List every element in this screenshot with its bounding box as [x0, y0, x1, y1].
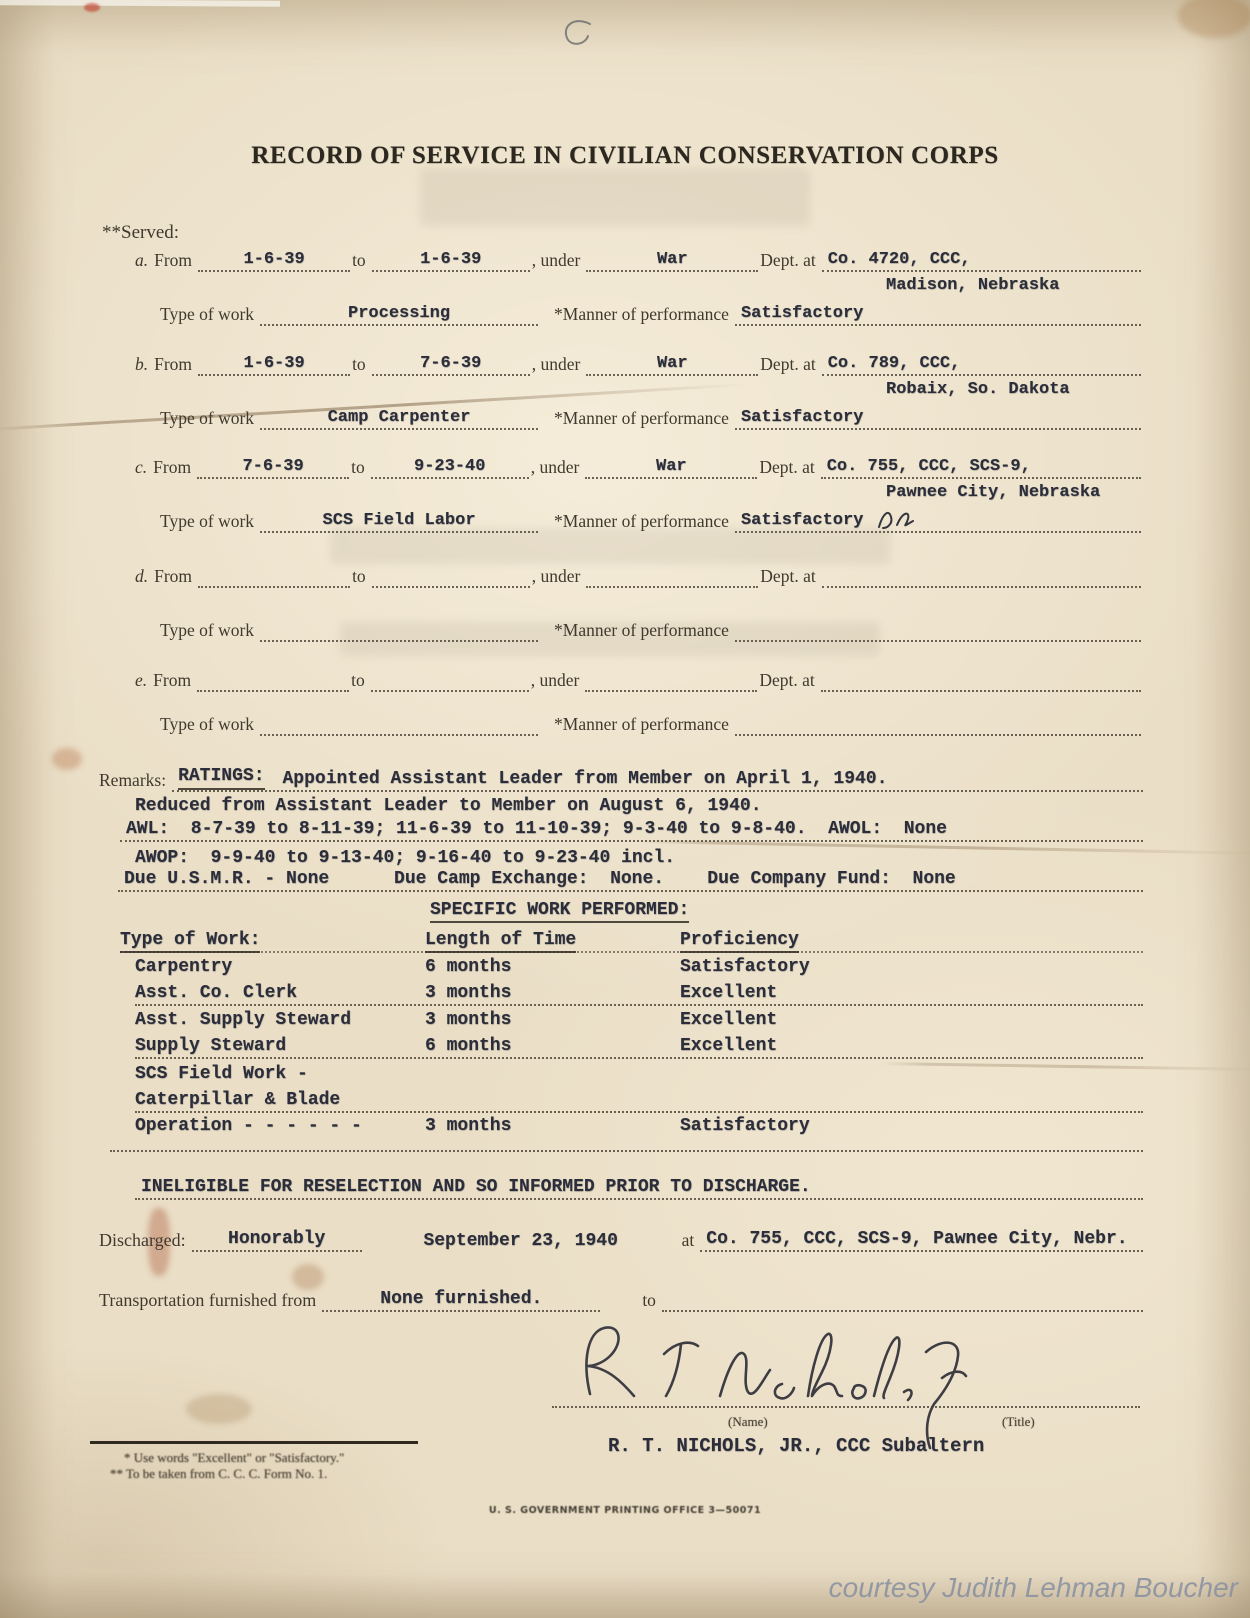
- to-label: to: [349, 457, 371, 479]
- type-of-work-label: Type of work: [158, 714, 260, 736]
- work-table-row: Carpentry 6 months Satisfactory: [135, 953, 1143, 978]
- remarks-label: Remarks:: [97, 770, 172, 792]
- service-row-e-main: e. From to , under Dept. at: [133, 668, 1141, 692]
- service-row-c-work: Type of work SCS Field Labor *Manner of …: [158, 509, 1141, 533]
- brown-stain: [186, 1394, 252, 1424]
- time-cell: 3 months: [425, 1010, 680, 1031]
- discharged-label: Discharged:: [97, 1230, 192, 1252]
- performance-value: Satisfactory: [741, 304, 863, 324]
- dept-value-line2: Pawnee City, Nebraska: [886, 483, 1100, 503]
- service-row-b-work: Type of work Camp Carpenter *Manner of p…: [158, 406, 1141, 430]
- dept-value-line2: Madison, Nebraska: [886, 276, 1059, 296]
- performance-value: Satisfactory: [741, 408, 863, 428]
- from-label: From: [152, 250, 198, 272]
- proficiency-cell: Excellent: [680, 1010, 1143, 1031]
- document-title: RECORD OF SERVICE IN CIVILIAN CONSERVATI…: [0, 142, 1250, 170]
- discharged-location: Co. 755, CCC, SCS-9, Pawnee City, Nebr.: [706, 1229, 1127, 1250]
- under-value: War: [657, 250, 688, 270]
- time-cell: 6 months: [425, 1036, 680, 1057]
- from-label: From: [152, 566, 198, 588]
- red-stain: [84, 3, 100, 12]
- handwritten-initials: [873, 507, 925, 531]
- work-cell: Caterpillar & Blade: [135, 1090, 425, 1111]
- work-table-row: Caterpillar & Blade: [135, 1086, 1143, 1113]
- time-cell: 6 months: [425, 957, 680, 978]
- torn-edge-highlight: [0, 0, 280, 7]
- under-label: , under: [530, 354, 587, 376]
- dept-value: Co. 4720, CCC,: [828, 250, 971, 270]
- discharged-date: September 23, 1940: [423, 1231, 617, 1252]
- rust-stain: [52, 748, 82, 770]
- work-value: Processing: [348, 304, 450, 324]
- work-cell: Supply Steward: [135, 1036, 425, 1057]
- from-value: 7-6-39: [242, 457, 303, 477]
- dept-at-label: Dept. at: [758, 250, 821, 272]
- row-letter: c.: [133, 457, 151, 479]
- work-cell: SCS Field Work -: [135, 1064, 425, 1085]
- from-label: From: [151, 670, 197, 692]
- dept-value-line2: Robaix, So. Dakota: [886, 380, 1070, 400]
- footnote-1: * Use words "Excellent" or "Satisfactory…: [124, 1450, 344, 1466]
- work-cell: Asst. Co. Clerk: [135, 983, 425, 1004]
- bleedthrough-text: [420, 168, 810, 226]
- work-table-row: Asst. Co. Clerk 3 months Excellent: [135, 979, 1143, 1006]
- gpo-print-line: U. S. GOVERNMENT PRINTING OFFICE 3—50071: [0, 1505, 1250, 1516]
- from-label: From: [152, 354, 198, 376]
- to-value: 1-6-39: [420, 250, 481, 270]
- service-row-a-main: a. From 1-6-39 to 1-6-39 , under War Dep…: [133, 248, 1141, 272]
- work-value: SCS Field Labor: [323, 511, 476, 531]
- row-letter: a.: [133, 250, 152, 272]
- service-row-c-main: c. From 7-6-39 to 9-23-40 , under War De…: [133, 455, 1141, 479]
- from-label: From: [151, 457, 197, 479]
- work-cell: Asst. Supply Steward: [135, 1010, 425, 1031]
- service-row-d-main: d. From to , under Dept. at: [133, 564, 1141, 588]
- bleedthrough-text: [330, 528, 890, 564]
- fold-crease: [640, 840, 1250, 855]
- work-table-title: SPECIFIC WORK PERFORMED:: [430, 900, 689, 921]
- at-label: at: [680, 1230, 701, 1252]
- ineligible-text: INELIGIBLE FOR RESELECTION AND SO INFORM…: [141, 1177, 811, 1198]
- pencil-mark: [558, 16, 602, 50]
- proficiency-cell: Excellent: [680, 983, 1143, 1004]
- discharged-line: Discharged: Honorably September 23, 1940…: [97, 1228, 1143, 1252]
- time-cell: 3 months: [425, 983, 680, 1004]
- under-label: , under: [530, 250, 587, 272]
- work-cell: Carpentry: [135, 957, 425, 978]
- dept-at-label: Dept. at: [757, 670, 820, 692]
- courtesy-watermark: courtesy Judith Lehman Boucher: [0, 1572, 1238, 1604]
- dept-value: Co. 789, CCC,: [828, 354, 961, 374]
- header-type-of-work: Type of Work:: [120, 930, 260, 953]
- from-value: 1-6-39: [243, 250, 304, 270]
- under-value: War: [656, 457, 687, 477]
- remarks-line4: AWOP: 9-9-40 to 9-13-40; 9-16-40 to 9-23…: [135, 848, 675, 869]
- to-label: to: [349, 670, 371, 692]
- ineligible-line: INELIGIBLE FOR RESELECTION AND SO INFORM…: [135, 1176, 1143, 1200]
- type-of-work-label: Type of work: [158, 304, 260, 326]
- work-table-row: SCS Field Work -: [135, 1060, 1143, 1085]
- document-page: RECORD OF SERVICE IN CIVILIAN CONSERVATI…: [0, 0, 1250, 1618]
- remarks-line2: Reduced from Assistant Leader to Member …: [135, 796, 762, 817]
- work-table-row: Asst. Supply Steward 3 months Excellent: [135, 1006, 1143, 1031]
- row-letter: e.: [133, 670, 151, 692]
- to-label: to: [350, 354, 372, 376]
- service-row-a-work: Type of work Processing *Manner of perfo…: [158, 302, 1141, 326]
- signature-typed-name: R. T. NICHOLS, JR., CCC Subaltern: [608, 1436, 984, 1458]
- to-label: to: [350, 566, 372, 588]
- work-value: Camp Carpenter: [328, 408, 471, 428]
- to-label: to: [350, 250, 372, 272]
- header-length-of-time: Length of Time: [425, 930, 576, 953]
- manner-label: *Manner of performance: [552, 304, 735, 326]
- proficiency-cell: Satisfactory: [680, 957, 1143, 978]
- remarks-line1: Remarks: RATINGS: Appointed Assistant Le…: [97, 768, 1143, 792]
- transportation-value: None furnished.: [380, 1289, 542, 1310]
- work-table-row: Supply Steward 6 months Excellent: [135, 1032, 1143, 1059]
- dept-at-label: Dept. at: [758, 566, 821, 588]
- service-row-b-main: b. From 1-6-39 to 7-6-39 , under War Dep…: [133, 352, 1141, 376]
- name-caption: (Name): [728, 1414, 768, 1430]
- remarks-text: Due U.S.M.R. - None Due Camp Exchange: N…: [124, 869, 956, 890]
- remarks-text: AWL: 8-7-39 to 8-11-39; 11-6-39 to 11-10…: [126, 819, 947, 840]
- under-label: , under: [529, 457, 586, 479]
- row-letter: b.: [133, 354, 152, 376]
- service-row-e-work: Type of work *Manner of performance: [158, 712, 1141, 736]
- type-of-work-label: Type of work: [158, 408, 260, 430]
- work-table-title-text: SPECIFIC WORK PERFORMED:: [430, 900, 689, 923]
- brown-stain: [292, 1264, 324, 1290]
- remarks-text: Appointed Assistant Leader from Member o…: [283, 769, 888, 790]
- proficiency-cell: Excellent: [680, 1036, 1143, 1057]
- footnote-rule: [90, 1441, 418, 1444]
- performance-value: Satisfactory: [741, 511, 863, 531]
- discharged-how: Honorably: [228, 1229, 325, 1250]
- under-value: War: [657, 354, 688, 374]
- dept-value: Co. 755, CCC, SCS-9,: [827, 457, 1031, 477]
- manner-label: *Manner of performance: [552, 714, 735, 736]
- remarks-line5: Due U.S.M.R. - None Due Camp Exchange: N…: [118, 868, 1143, 892]
- service-row-d-work: Type of work *Manner of performance: [158, 618, 1141, 642]
- manner-label: *Manner of performance: [552, 511, 735, 533]
- to-value: 9-23-40: [414, 457, 485, 477]
- corner-stain: [1178, 0, 1250, 38]
- under-label: , under: [529, 670, 586, 692]
- type-of-work-label: Type of work: [158, 620, 260, 642]
- ratings-label: RATINGS:: [178, 766, 264, 790]
- work-table-header: Type of Work: Length of Time Proficiency: [120, 926, 1143, 953]
- dept-at-label: Dept. at: [758, 354, 821, 376]
- served-label: **Served:: [100, 222, 185, 245]
- title-caption: (Title): [1002, 1414, 1035, 1430]
- to-value: 7-6-39: [420, 354, 481, 374]
- header-proficiency: Proficiency: [680, 930, 799, 953]
- type-of-work-label: Type of work: [158, 511, 260, 533]
- transportation-label: Transportation furnished from: [97, 1290, 322, 1312]
- row-letter: d.: [133, 566, 152, 588]
- from-value: 1-6-39: [243, 354, 304, 374]
- footnote-2: ** To be taken from C. C. C. Form No. 1.: [110, 1466, 327, 1482]
- separator-dotted-line: [110, 1128, 1143, 1152]
- signature-line: [552, 1384, 1140, 1408]
- under-label: , under: [530, 566, 587, 588]
- manner-label: *Manner of performance: [552, 620, 735, 642]
- dept-at-label: Dept. at: [757, 457, 820, 479]
- manner-label: *Manner of performance: [552, 408, 735, 430]
- remarks-line3: AWL: 8-7-39 to 8-11-39; 11-6-39 to 11-10…: [120, 818, 1143, 842]
